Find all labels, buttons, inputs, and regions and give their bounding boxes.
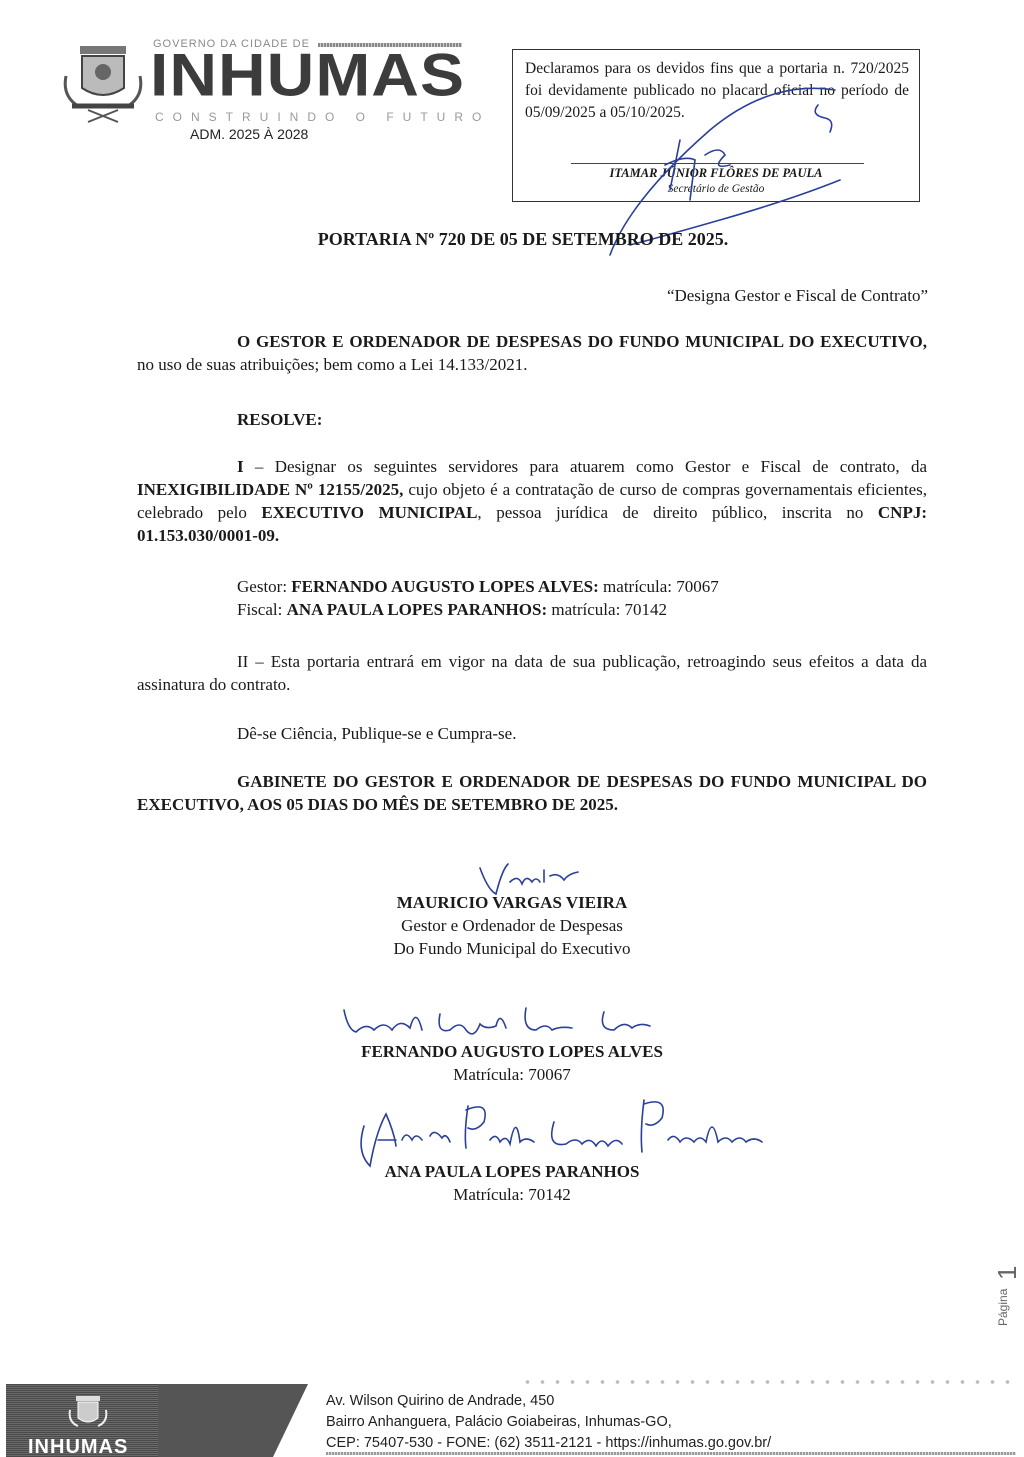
signature-block-fernando: FERNANDO AUGUSTO LOPES ALVES Matrícula: … xyxy=(0,1040,1024,1086)
resolve-heading: RESOLVE: xyxy=(137,408,927,431)
designation-registration: matrícula: 70067 xyxy=(599,577,719,596)
signer-name: FERNANDO AUGUSTO LOPES ALVES xyxy=(0,1040,1024,1063)
signature-fernando-icon xyxy=(340,1000,660,1040)
inexigibilidade-ref: INEXIGIBILIDADE Nº 12155/2025, xyxy=(137,480,403,499)
designation-list: Gestor: FERNANDO AUGUSTO LOPES ALVES: ma… xyxy=(137,575,927,621)
footer-rule xyxy=(326,1452,1016,1455)
footer-crest-icon xyxy=(66,1392,110,1432)
signature-block-mauricio: MAURICIO VARGAS VIEIRA Gestor e Ordenado… xyxy=(0,891,1024,960)
contracting-party: EXECUTIVO MUNICIPAL xyxy=(261,503,477,522)
page-label: Página xyxy=(996,1289,1010,1326)
motto: CONSTRUINDO O FUTURO xyxy=(155,110,490,124)
footer-slant-shape xyxy=(158,1384,308,1457)
article-1: I – Designar os seguintes servidores par… xyxy=(137,455,927,547)
footer-contact-line: CEP: 75407-530 - FONE: (62) 3511-2121 - … xyxy=(326,1433,771,1454)
article-text: – Designar os seguintes servidores para … xyxy=(244,457,927,476)
designation-registration: matrícula: 70142 xyxy=(547,600,667,619)
page-number-value: 1 xyxy=(992,1266,1023,1280)
city-wordmark: INHUMAS xyxy=(150,44,465,105)
signer-name: ANA PAULA LOPES PARANHOS xyxy=(0,1160,1024,1183)
signer-registration: Matrícula: 70067 xyxy=(0,1063,1024,1086)
designation-fiscal: Fiscal: ANA PAULA LOPES PARANHOS: matríc… xyxy=(237,598,927,621)
preamble-text: no uso de suas atribuições; bem como a L… xyxy=(137,355,527,374)
signature-ana-paula-icon xyxy=(350,1092,800,1170)
administration-period: ADM. 2025 À 2028 xyxy=(190,126,308,142)
article-2: II – Esta portaria entrará em vigor na d… xyxy=(137,650,927,696)
designation-name: ANA PAULA LOPES PARANHOS: xyxy=(287,600,548,619)
preamble: O GESTOR E ORDENADOR DE DESPESAS DO FUND… xyxy=(137,330,927,376)
designation-role: Fiscal: xyxy=(237,600,287,619)
signer-role: Gestor e Ordenador de Despesas xyxy=(0,914,1024,937)
city-crest-icon xyxy=(58,36,148,124)
signer-role-detail: Do Fundo Municipal do Executivo xyxy=(0,937,1024,960)
designation-role: Gestor: xyxy=(237,577,291,596)
signature-block-ana-paula: ANA PAULA LOPES PARANHOS Matrícula: 7014… xyxy=(0,1160,1024,1206)
signer-name: MAURICIO VARGAS VIEIRA xyxy=(0,891,1024,914)
footer-decorative-dots xyxy=(520,1378,1010,1386)
preamble-authority: O GESTOR E ORDENADOR DE DESPESAS DO FUND… xyxy=(237,332,927,351)
ementa: “Designa Gestor e Fiscal de Contrato” xyxy=(667,286,928,306)
article-number: I xyxy=(237,457,244,476)
footer-city-wordmark: INHUMAS xyxy=(28,1436,128,1457)
designation-gestor: Gestor: FERNANDO AUGUSTO LOPES ALVES: ma… xyxy=(237,575,927,598)
footer-address-line: Av. Wilson Quirino de Andrade, 450 xyxy=(326,1391,771,1412)
article-text: , pessoa jurídica de direito público, in… xyxy=(477,503,877,522)
page-number: Página 1 xyxy=(992,1252,1022,1332)
footer-contact: Av. Wilson Quirino de Andrade, 450 Bairr… xyxy=(326,1391,771,1454)
closing-formula: Dê-se Ciência, Publique-se e Cumpra-se. xyxy=(137,722,927,745)
footer-address-line: Bairro Anhanguera, Palácio Goiabeiras, I… xyxy=(326,1412,771,1433)
designation-name: FERNANDO AUGUSTO LOPES ALVES: xyxy=(291,577,599,596)
document-title: PORTARIA Nº 720 DE 05 DE SETEMBRO DE 202… xyxy=(0,229,1024,250)
signer-registration: Matrícula: 70142 xyxy=(0,1183,1024,1206)
cabinet-statement: GABINETE DO GESTOR E ORDENADOR DE DESPES… xyxy=(137,770,927,816)
